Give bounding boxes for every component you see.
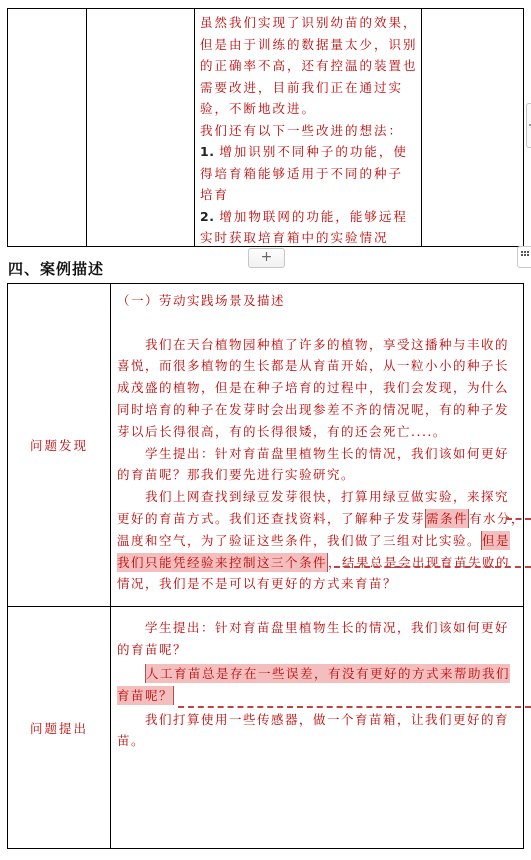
text-line: 我们在天台植物园种植了许多的植物，享受这播种与丰收的 (117, 334, 519, 356)
highlighted-text: 育苗呢？ (117, 686, 174, 705)
comment-connector-line (334, 566, 531, 568)
table-row-problem-discovery: 问题发现 （一）劳动实践场景及描述我们在天台植物园种植了许多的植物，享受这播种与… (8, 284, 523, 607)
text-segment: 虽然我们实现了识别幼苗的效果， (200, 15, 417, 30)
text-segment: 喜悦，而很多植物的生长都是从育苗开始，从一粒小小的种子长 (117, 358, 509, 373)
text-line: 但是由于训练的数据量太少，识别 (200, 34, 417, 56)
text-segment: 同时培育的种子在发芽时会出现参差不齐的情况呢，有的种子发 (117, 402, 509, 417)
top-table-empty-cell-2 (87, 9, 195, 246)
row-label-cell: 问题发现 (8, 284, 111, 606)
text-line: 芽以后长得很高，有的长得很矮，有的还会死亡....。 (117, 421, 519, 443)
text-line: 人工育苗总是存在一些误差，有没有更好的方式来帮助我们 (117, 663, 519, 685)
text-segment: 需要改进，目前我们正在通过实 (200, 80, 403, 95)
highlighted-text: 人工育苗总是存在一些误差，有没有更好的方式来帮助我们 (145, 664, 510, 683)
section-heading: 四、案例描述 (8, 258, 104, 279)
top-table-empty-cell-1 (8, 9, 87, 246)
side-scroll-handle[interactable] (526, 103, 531, 148)
text-line: 育苗呢？ (117, 685, 519, 707)
text-segment: 我们还有以下一些改进的想法： (200, 123, 403, 138)
text-line: 验，不断地改进。 (200, 98, 417, 120)
text-segment: 苗。 (117, 733, 145, 748)
text-segment: 1. (200, 144, 219, 159)
text-line: 虽然我们实现了识别幼苗的效果， (200, 12, 417, 34)
text-segment: （一）劳动实践场景及描述 (117, 293, 285, 308)
comment-connector-line (506, 518, 531, 520)
text-line: 得培育箱能够适用于不同的种子 (200, 163, 417, 185)
top-table-empty-cell-3 (422, 9, 523, 246)
text-line: 苗。 (117, 730, 519, 752)
text-line: 1. 增加识别不同种子的功能，使 (200, 141, 417, 163)
top-table-text-cell: 虽然我们实现了识别幼苗的效果，但是由于训练的数据量太少，识别的正确率不高，还有控… (195, 9, 422, 246)
text-line: 情况，我们是不是可以有更好的方式来育苗？ (117, 573, 519, 595)
text-segment: 芽以后长得很高，有的长得很矮，有的还会死亡....。 (117, 424, 447, 439)
text-segment: 温度和空气，为了验证这些条件，我们做了三组对比实验。 (117, 533, 481, 548)
highlighted-text: 我们只能凭经验来控制这三个条件 (117, 553, 328, 572)
text-segment: 得培育箱能够适用于不同的种子 (200, 166, 403, 181)
text-segment: 但是由于训练的数据量太少，识别 (200, 37, 417, 52)
text-line: 温度和空气，为了验证这些条件，我们做了三组对比实验。但是 (117, 530, 519, 552)
text-line: 学生提出：针对育苗盘里植物生长的情况，我们该如何更好 (117, 617, 519, 639)
text-line: 我们只能凭经验来控制这三个条件，结果总是会出现育苗失败的 (117, 552, 519, 574)
table-select-handle[interactable] (517, 246, 531, 268)
text-line: 培育 (200, 184, 417, 206)
row-label: 问题发现 (30, 436, 88, 454)
text-line: 需要改进，目前我们正在通过实 (200, 77, 417, 99)
text-segment: 我们打算使用一些传感器，做一个育苗箱，让我们更好的育 (145, 712, 509, 727)
text-segment: 我们上网查找到绿豆发芽很快，打算用绿豆做实验，来探究 (145, 489, 509, 504)
text-segment: 增加物联网的功能，能够远程 (219, 209, 408, 224)
text-line: 我们上网查找到绿豆发芽很快，打算用绿豆做实验，来探究 (117, 486, 519, 508)
text-segment: 我们在天台植物园种植了许多的植物，享受这播种与丰收的 (145, 337, 509, 352)
text-segment: 学生提出：针对育苗盘里植物生长的情况，我们该如何更好 (145, 620, 509, 635)
text-segment: 更好的育苗方式。我们还查找资料，了解种子发芽 (117, 511, 425, 526)
improvement-table: 虽然我们实现了识别幼苗的效果，但是由于训练的数据量太少，识别的正确率不高，还有控… (7, 8, 524, 247)
text-line (117, 312, 519, 334)
document-page: 虽然我们实现了识别幼苗的效果，但是由于训练的数据量太少，识别的正确率不高，还有控… (0, 0, 531, 860)
text-segment: 成茂盛的植物，但是在种子培育的过程中，我们会发现，为什么 (117, 380, 509, 395)
highlighted-text: 但是 (481, 531, 510, 550)
text-segment: 的正确率不高，还有控温的装置也 (200, 58, 417, 73)
row-label-cell: 问题提出 (8, 607, 111, 848)
text-line: 学生提出：针对育苗盘里植物生长的情况，我们该如何更好 (117, 443, 519, 465)
text-segment: 情况，我们是不是可以有更好的方式来育苗？ (117, 576, 397, 591)
comment-connector-line (178, 706, 531, 708)
text-line: 喜悦，而很多植物的生长都是从育苗开始，从一粒小小的种子长 (117, 355, 519, 377)
table-row-problem-raising: 问题提出 学生提出：针对育苗盘里植物生长的情况，我们该如何更好的育苗呢？人工育苗… (8, 607, 523, 848)
highlighted-text: 需条件 (425, 509, 469, 528)
text-line: 的育苗呢？那我们要先进行实验研究。 (117, 464, 519, 486)
text-segment: 的育苗呢？那我们要先进行实验研究。 (117, 467, 355, 482)
text-line: 的正确率不高，还有控温的装置也 (200, 55, 417, 77)
table-grid-icon (521, 251, 523, 253)
text-segment: 2. (200, 209, 219, 224)
text-line: 2. 增加物联网的功能，能够远程 (200, 206, 417, 228)
text-line: 我们还有以下一些改进的想法： (200, 120, 417, 142)
text-line: 我们打算使用一些传感器，做一个育苗箱，让我们更好的育 (117, 709, 519, 731)
text-segment: 增加识别不同种子的功能，使 (219, 144, 408, 159)
text-line: 同时培育的种子在发芽时会出现参差不齐的情况呢，有的种子发 (117, 399, 519, 421)
text-line: 的育苗呢？ (117, 639, 519, 661)
text-segment: 验，不断地改进。 (200, 101, 316, 116)
text-segment: 学生提出：针对育苗盘里植物生长的情况，我们该如何更好 (145, 446, 509, 461)
row-body-cell: 学生提出：针对育苗盘里植物生长的情况，我们该如何更好的育苗呢？人工育苗总是存在一… (111, 607, 523, 848)
insert-row-button[interactable]: + (248, 248, 285, 268)
text-line: （一）劳动实践场景及描述 (117, 290, 519, 312)
text-line: 实时获取培育箱中的实验情况 (200, 227, 417, 249)
text-segment: 实时获取培育箱中的实验情况 (200, 230, 389, 245)
text-segment: 的育苗呢？ (117, 642, 187, 657)
text-line: 成茂盛的植物，但是在种子培育的过程中，我们会发现，为什么 (117, 377, 519, 399)
text-segment: 培育 (200, 187, 229, 202)
row-label: 问题提出 (30, 719, 88, 737)
text-line: 更好的育苗方式。我们还查找资料，了解种子发芽需条件有水分， (117, 508, 519, 530)
row-body-cell: （一）劳动实践场景及描述我们在天台植物园种植了许多的植物，享受这播种与丰收的喜悦… (111, 284, 523, 606)
